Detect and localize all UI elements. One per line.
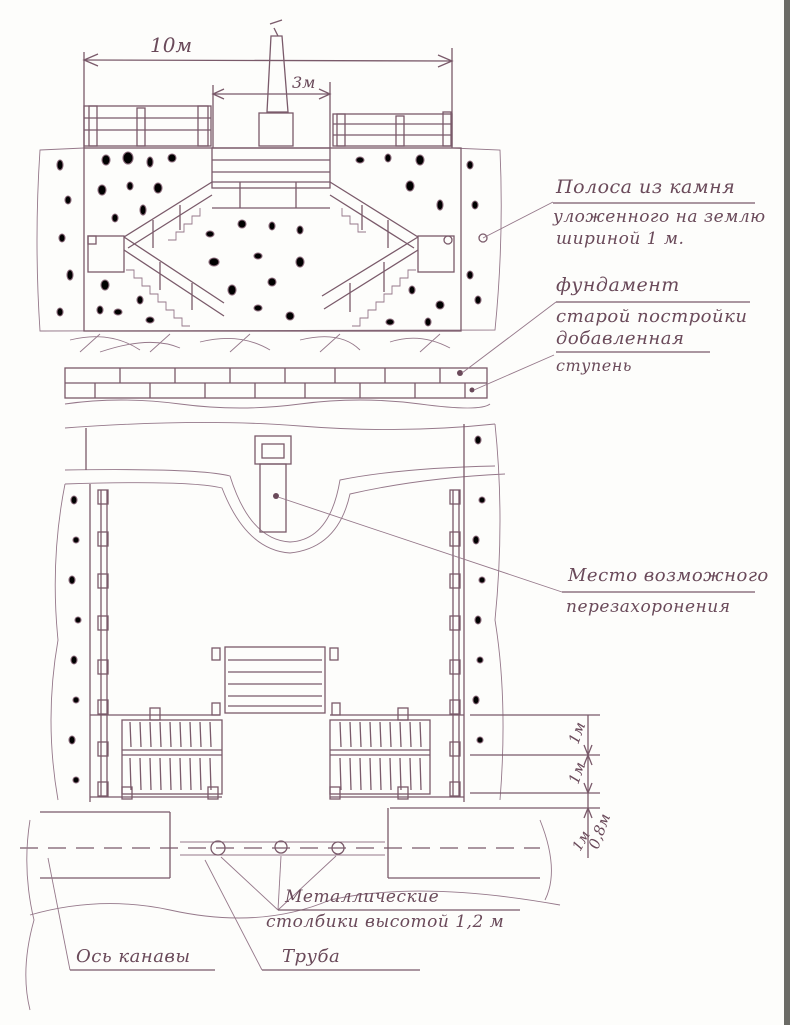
added-step-label-2: ступень (556, 356, 632, 375)
dim-overall-width: 10м (150, 33, 192, 57)
ditch-axis-label: Ось канавы (76, 946, 191, 967)
scan-edge (784, 0, 790, 1025)
pipe-label: Труба (282, 946, 340, 967)
reburial-label-1: Место возможного (568, 565, 769, 586)
foundation-label-1: фундамент (556, 274, 680, 296)
stone-strip-label-3: шириной 1 м. (556, 229, 684, 249)
stone-platform (37, 148, 501, 352)
fenced-area-plan (51, 422, 505, 802)
reburial-label-2: перезахоронения (566, 597, 730, 617)
foundation-label-2: старой постройки (556, 306, 747, 327)
sketch-sheet: 10м 3м 1м 1м 0,8м 1м Полоса из камня уло… (0, 0, 790, 1025)
stone-strip-label-2: уложенного на землю (553, 207, 766, 227)
stone-strip-label-1: Полоса из камня (556, 176, 735, 198)
dim-2: 1м (565, 760, 589, 787)
dim-center-width: 3м (292, 73, 315, 92)
posts-label-2: столбики высотой 1,2 м (266, 912, 504, 932)
added-step (65, 368, 490, 408)
dim-1: 1м (565, 720, 589, 747)
added-step-label-1: добавленная (556, 328, 684, 349)
plan-drawing: 10м 3м 1м 1м 0,8м 1м (0, 0, 790, 1025)
dim-3: 0,8м (585, 811, 614, 851)
posts-label-1: Металлические (285, 887, 439, 907)
monument-elevation (84, 20, 452, 148)
